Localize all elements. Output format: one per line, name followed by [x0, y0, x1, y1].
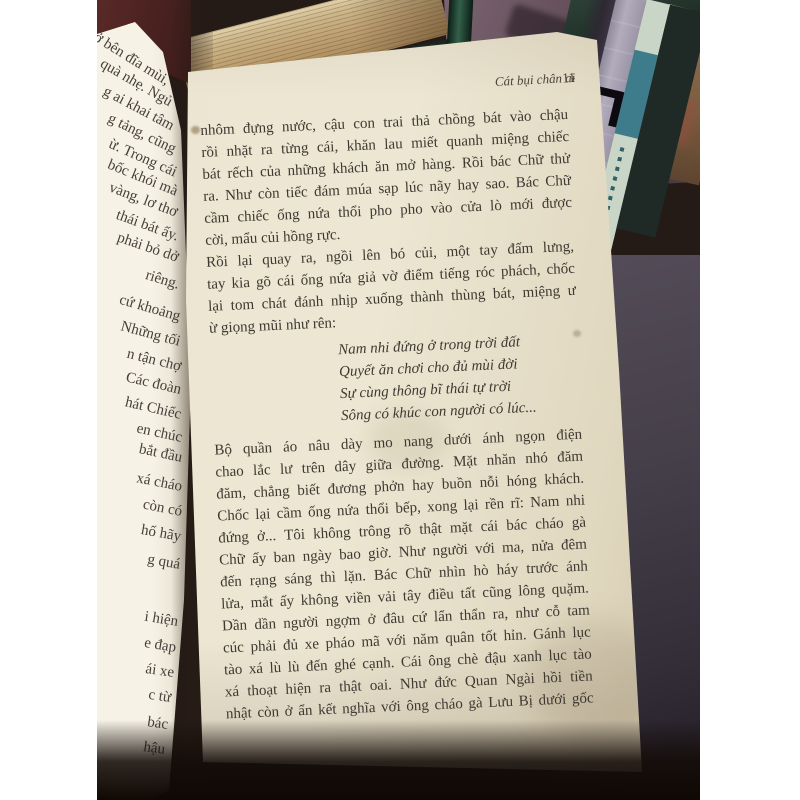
photo-of-open-book: P ở bên đĩa mùi,quà nhẹ. Ngủg ai khai tâ…: [0, 0, 800, 800]
paragraph-3: Bộ quần áo nâu dày mo nang dưới ánh ngọn…: [214, 424, 594, 726]
photo-area: P ở bên đĩa mùi,quà nhẹ. Ngủg ai khai tâ…: [97, 0, 700, 800]
paragraph-2: Rồi lại quay ra, ngồi lên bó củi, một ta…: [206, 236, 577, 340]
body-text: nhôm đựng nước, cậu con trai thả chồng b…: [200, 104, 594, 725]
page-stain: [191, 126, 200, 134]
poem-block: Nam nhi đứng ở trong trời đấtQuyết ăn ch…: [210, 329, 581, 433]
bottom-shadow: [97, 720, 700, 800]
paragraph-1: nhôm đựng nước, cậu con trai thả chồng b…: [200, 104, 573, 252]
page-number: 11: [562, 70, 576, 87]
